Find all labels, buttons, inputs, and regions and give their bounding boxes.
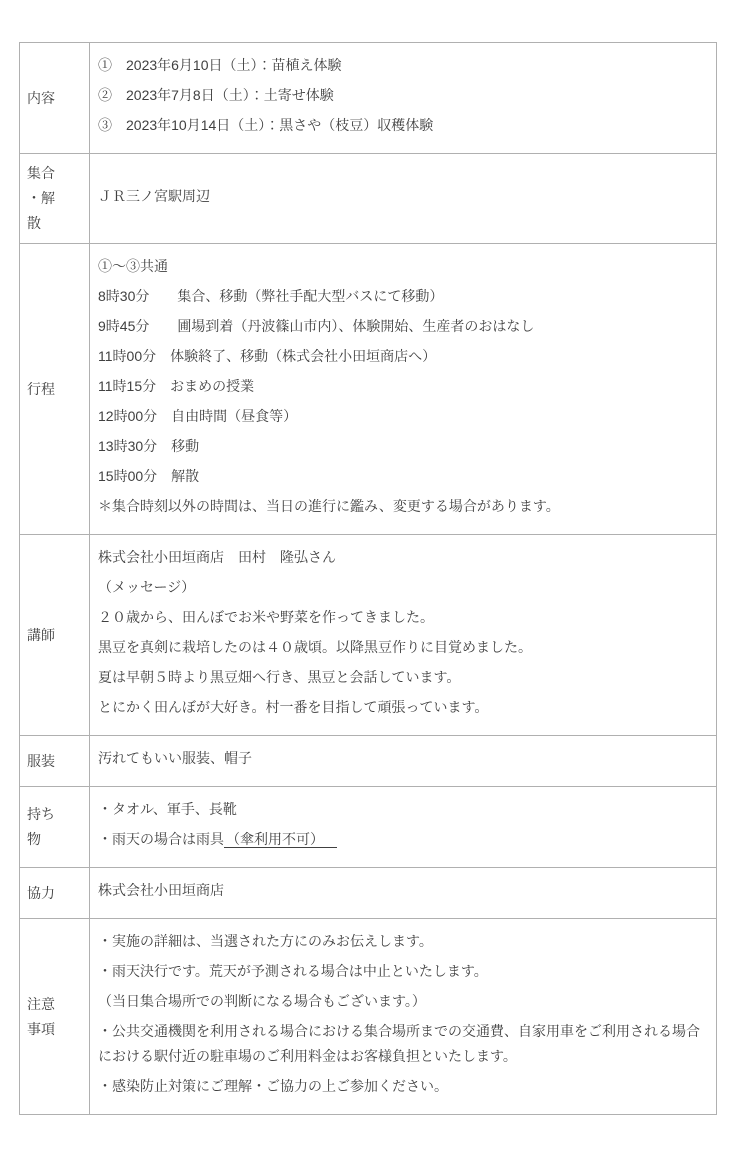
content-line: ＪＲ三ノ宮駅周辺 (98, 184, 708, 209)
row-header-label: 講師 (27, 623, 82, 648)
content-line: 9時45分 圃場到着（丹波篠山市内）、体験開始、生産者のおはなし (98, 314, 708, 339)
table-row-fukusou: 服装 汚れてもいい服装、帽子 (20, 736, 717, 787)
row-content-shugokaisan: ＪＲ三ノ宮駅周辺 (90, 154, 717, 244)
row-content-kotei: ①～③共通 8時30分 集合、移動（弊社手配大型バスにて移動） 9時45分 圃場… (90, 244, 717, 535)
content-line: （メッセージ） (98, 575, 708, 600)
content-line: ①～③共通 (98, 254, 708, 279)
content-line: ・タオル、軍手、長靴 (98, 797, 708, 822)
row-header-chuijikou: 注意 事項 (20, 919, 90, 1115)
row-header-label-line: 事項 (27, 1017, 82, 1042)
row-header-fukusou: 服装 (20, 736, 90, 787)
content-line: 株式会社小田垣商店 (98, 878, 708, 903)
row-header-label-line: ・解 (27, 186, 82, 211)
content-line: 汚れてもいい服装、帽子 (98, 746, 708, 771)
row-header-naiyou: 内容 (20, 43, 90, 154)
row-header-label: 行程 (27, 377, 82, 402)
row-content-koushi: 株式会社小田垣商店 田村 隆弘さん （メッセージ） ２０歳から、田んぼでお米や野… (90, 535, 717, 736)
row-header-kotei: 行程 (20, 244, 90, 535)
row-content-fukusou: 汚れてもいい服装、帽子 (90, 736, 717, 787)
event-details-table: 内容 ① 2023年6月10日（土）：苗植え体験 ② 2023年7月8日（土）：… (19, 42, 717, 1115)
row-header-shugokaisan: 集合 ・解 散 (20, 154, 90, 244)
content-line: ③ 2023年10月14日（土）：黒さや（枝豆）収穫体験 (98, 113, 708, 138)
row-header-label-line: 集合 (27, 161, 82, 186)
content-line: ② 2023年7月8日（土）：土寄せ体験 (98, 83, 708, 108)
rain-note-prefix: ・雨天の場合は雨具 (98, 831, 224, 847)
content-line: ・実施の詳細は、当選された方にのみお伝えします。 (98, 929, 708, 954)
content-line: とにかく田んぼが大好き。村一番を目指して頑張っています。 (98, 695, 708, 720)
content-line: ＊集合時刻以外の時間は、当日の進行に鑑み、変更する場合があります。 (98, 494, 708, 519)
row-header-label: 内容 (27, 86, 82, 111)
rain-note-underlined: （傘利用不可） (224, 831, 337, 848)
table-row-naiyou: 内容 ① 2023年6月10日（土）：苗植え体験 ② 2023年7月8日（土）：… (20, 43, 717, 154)
table-row-koushi: 講師 株式会社小田垣商店 田村 隆弘さん （メッセージ） ２０歳から、田んぼでお… (20, 535, 717, 736)
content-line: ・雨天決行です。荒天が予測される場合は中止といたします。 (98, 959, 708, 984)
table-row-mochimono: 持ち 物 ・タオル、軍手、長靴 ・雨天の場合は雨具（傘利用不可） (20, 787, 717, 868)
content-line: ① 2023年6月10日（土）：苗植え体験 (98, 53, 708, 78)
content-line: （当日集合場所での判断になる場合もございます。） (98, 989, 708, 1014)
content-line: ・感染防止対策にご理解・ご協力の上ご参加ください。 (98, 1074, 708, 1099)
table-row-chuijikou: 注意 事項 ・実施の詳細は、当選された方にのみお伝えします。 ・雨天決行です。荒… (20, 919, 717, 1115)
event-details-table-body: 内容 ① 2023年6月10日（土）：苗植え体験 ② 2023年7月8日（土）：… (20, 43, 717, 1115)
row-header-kyouryoku: 協力 (20, 868, 90, 919)
table-row-kyouryoku: 協力 株式会社小田垣商店 (20, 868, 717, 919)
row-content-naiyou: ① 2023年6月10日（土）：苗植え体験 ② 2023年7月8日（土）：土寄せ… (90, 43, 717, 154)
content-line: 11時00分 体験終了、移動（株式会社小田垣商店へ） (98, 344, 708, 369)
row-header-label: 服装 (27, 749, 82, 774)
row-header-label-line: 持ち (27, 802, 82, 827)
content-line: 8時30分 集合、移動（弊社手配大型バスにて移動） (98, 284, 708, 309)
document-body: 内容 ① 2023年6月10日（土）：苗植え体験 ② 2023年7月8日（土）：… (0, 0, 740, 1115)
row-content-chuijikou: ・実施の詳細は、当選された方にのみお伝えします。 ・雨天決行です。荒天が予測され… (90, 919, 717, 1115)
row-header-label-line: 物 (27, 827, 82, 852)
row-content-kyouryoku: 株式会社小田垣商店 (90, 868, 717, 919)
content-line: 黒豆を真剣に栽培したのは４０歳頃。以降黒豆作りに目覚めました。 (98, 635, 708, 660)
content-line: ・公共交通機関を利用される場合における集合場所までの交通費、自家用車をご利用され… (98, 1019, 708, 1069)
row-header-label-line: 散 (27, 211, 82, 236)
content-line-rain-note: ・雨天の場合は雨具（傘利用不可） (98, 827, 708, 852)
table-row-kotei: 行程 ①～③共通 8時30分 集合、移動（弊社手配大型バスにて移動） 9時45分… (20, 244, 717, 535)
content-line: 11時15分 おまめの授業 (98, 374, 708, 399)
content-line: 12時00分 自由時間（昼食等） (98, 404, 708, 429)
content-line: 15時00分 解散 (98, 464, 708, 489)
row-content-mochimono: ・タオル、軍手、長靴 ・雨天の場合は雨具（傘利用不可） (90, 787, 717, 868)
row-header-koushi: 講師 (20, 535, 90, 736)
row-header-label-line: 注意 (27, 992, 82, 1017)
row-header-mochimono: 持ち 物 (20, 787, 90, 868)
content-line: 株式会社小田垣商店 田村 隆弘さん (98, 545, 708, 570)
table-row-shugokaisan: 集合 ・解 散 ＪＲ三ノ宮駅周辺 (20, 154, 717, 244)
content-line: ２０歳から、田んぼでお米や野菜を作ってきました。 (98, 605, 708, 630)
content-line: 13時30分 移動 (98, 434, 708, 459)
row-header-label: 協力 (27, 881, 82, 906)
content-line: 夏は早朝５時より黒豆畑へ行き、黒豆と会話しています。 (98, 665, 708, 690)
